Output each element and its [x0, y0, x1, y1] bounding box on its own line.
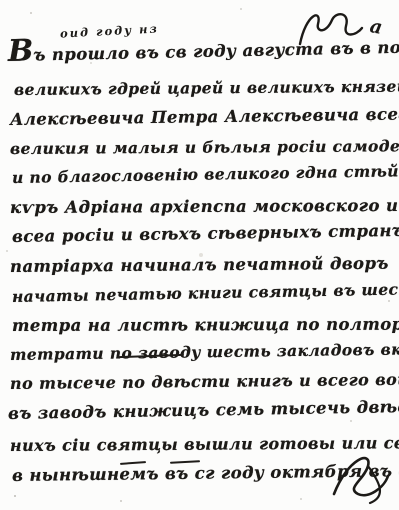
manuscript-line: начаты печатью книги святцы въ шестеронк…: [12, 278, 399, 306]
paraph-flourish-icon: [328, 448, 394, 510]
manuscript-line: по тысече по двѣсти книгъ и всего вошло: [10, 370, 399, 393]
manuscript-line: патріарха начиналъ печатной дворъ: [10, 254, 389, 276]
manuscript-line: тетрати по заводу шесть закладовъ вкладу: [10, 339, 399, 364]
manuscript-line: и по благословенію великого гдна стѣйшаг…: [12, 160, 399, 187]
manuscript-text-block: Въ прошло въ св году августа въ в по ука…: [0, 0, 399, 510]
manuscript-line: великихъ гдрей царей и великихъ князей І…: [14, 76, 399, 99]
manuscript-line: Алексѣевича Петра Алексѣевича всеа: [10, 104, 399, 129]
manuscript-line: всеа росіи и всѣхъ сѣверныхъ странъ: [12, 221, 399, 246]
manuscript-line: тетра на листѣ книжица по полторы: [12, 315, 399, 335]
manuscript-line: въ заводъ книжицъ семь тысечь двѣсти: [8, 396, 399, 423]
manuscript-line: великия и малыя и бѣлыя росіи самодержцы: [10, 136, 399, 158]
manuscript-page: оид году нз а Въ прошло въ св году авгус…: [0, 0, 399, 510]
manuscript-line: кѵръ Адріана архіепспа московского и: [10, 196, 398, 217]
manuscript-line: Въ прошло въ св году августа въ в по ука…: [8, 37, 399, 65]
